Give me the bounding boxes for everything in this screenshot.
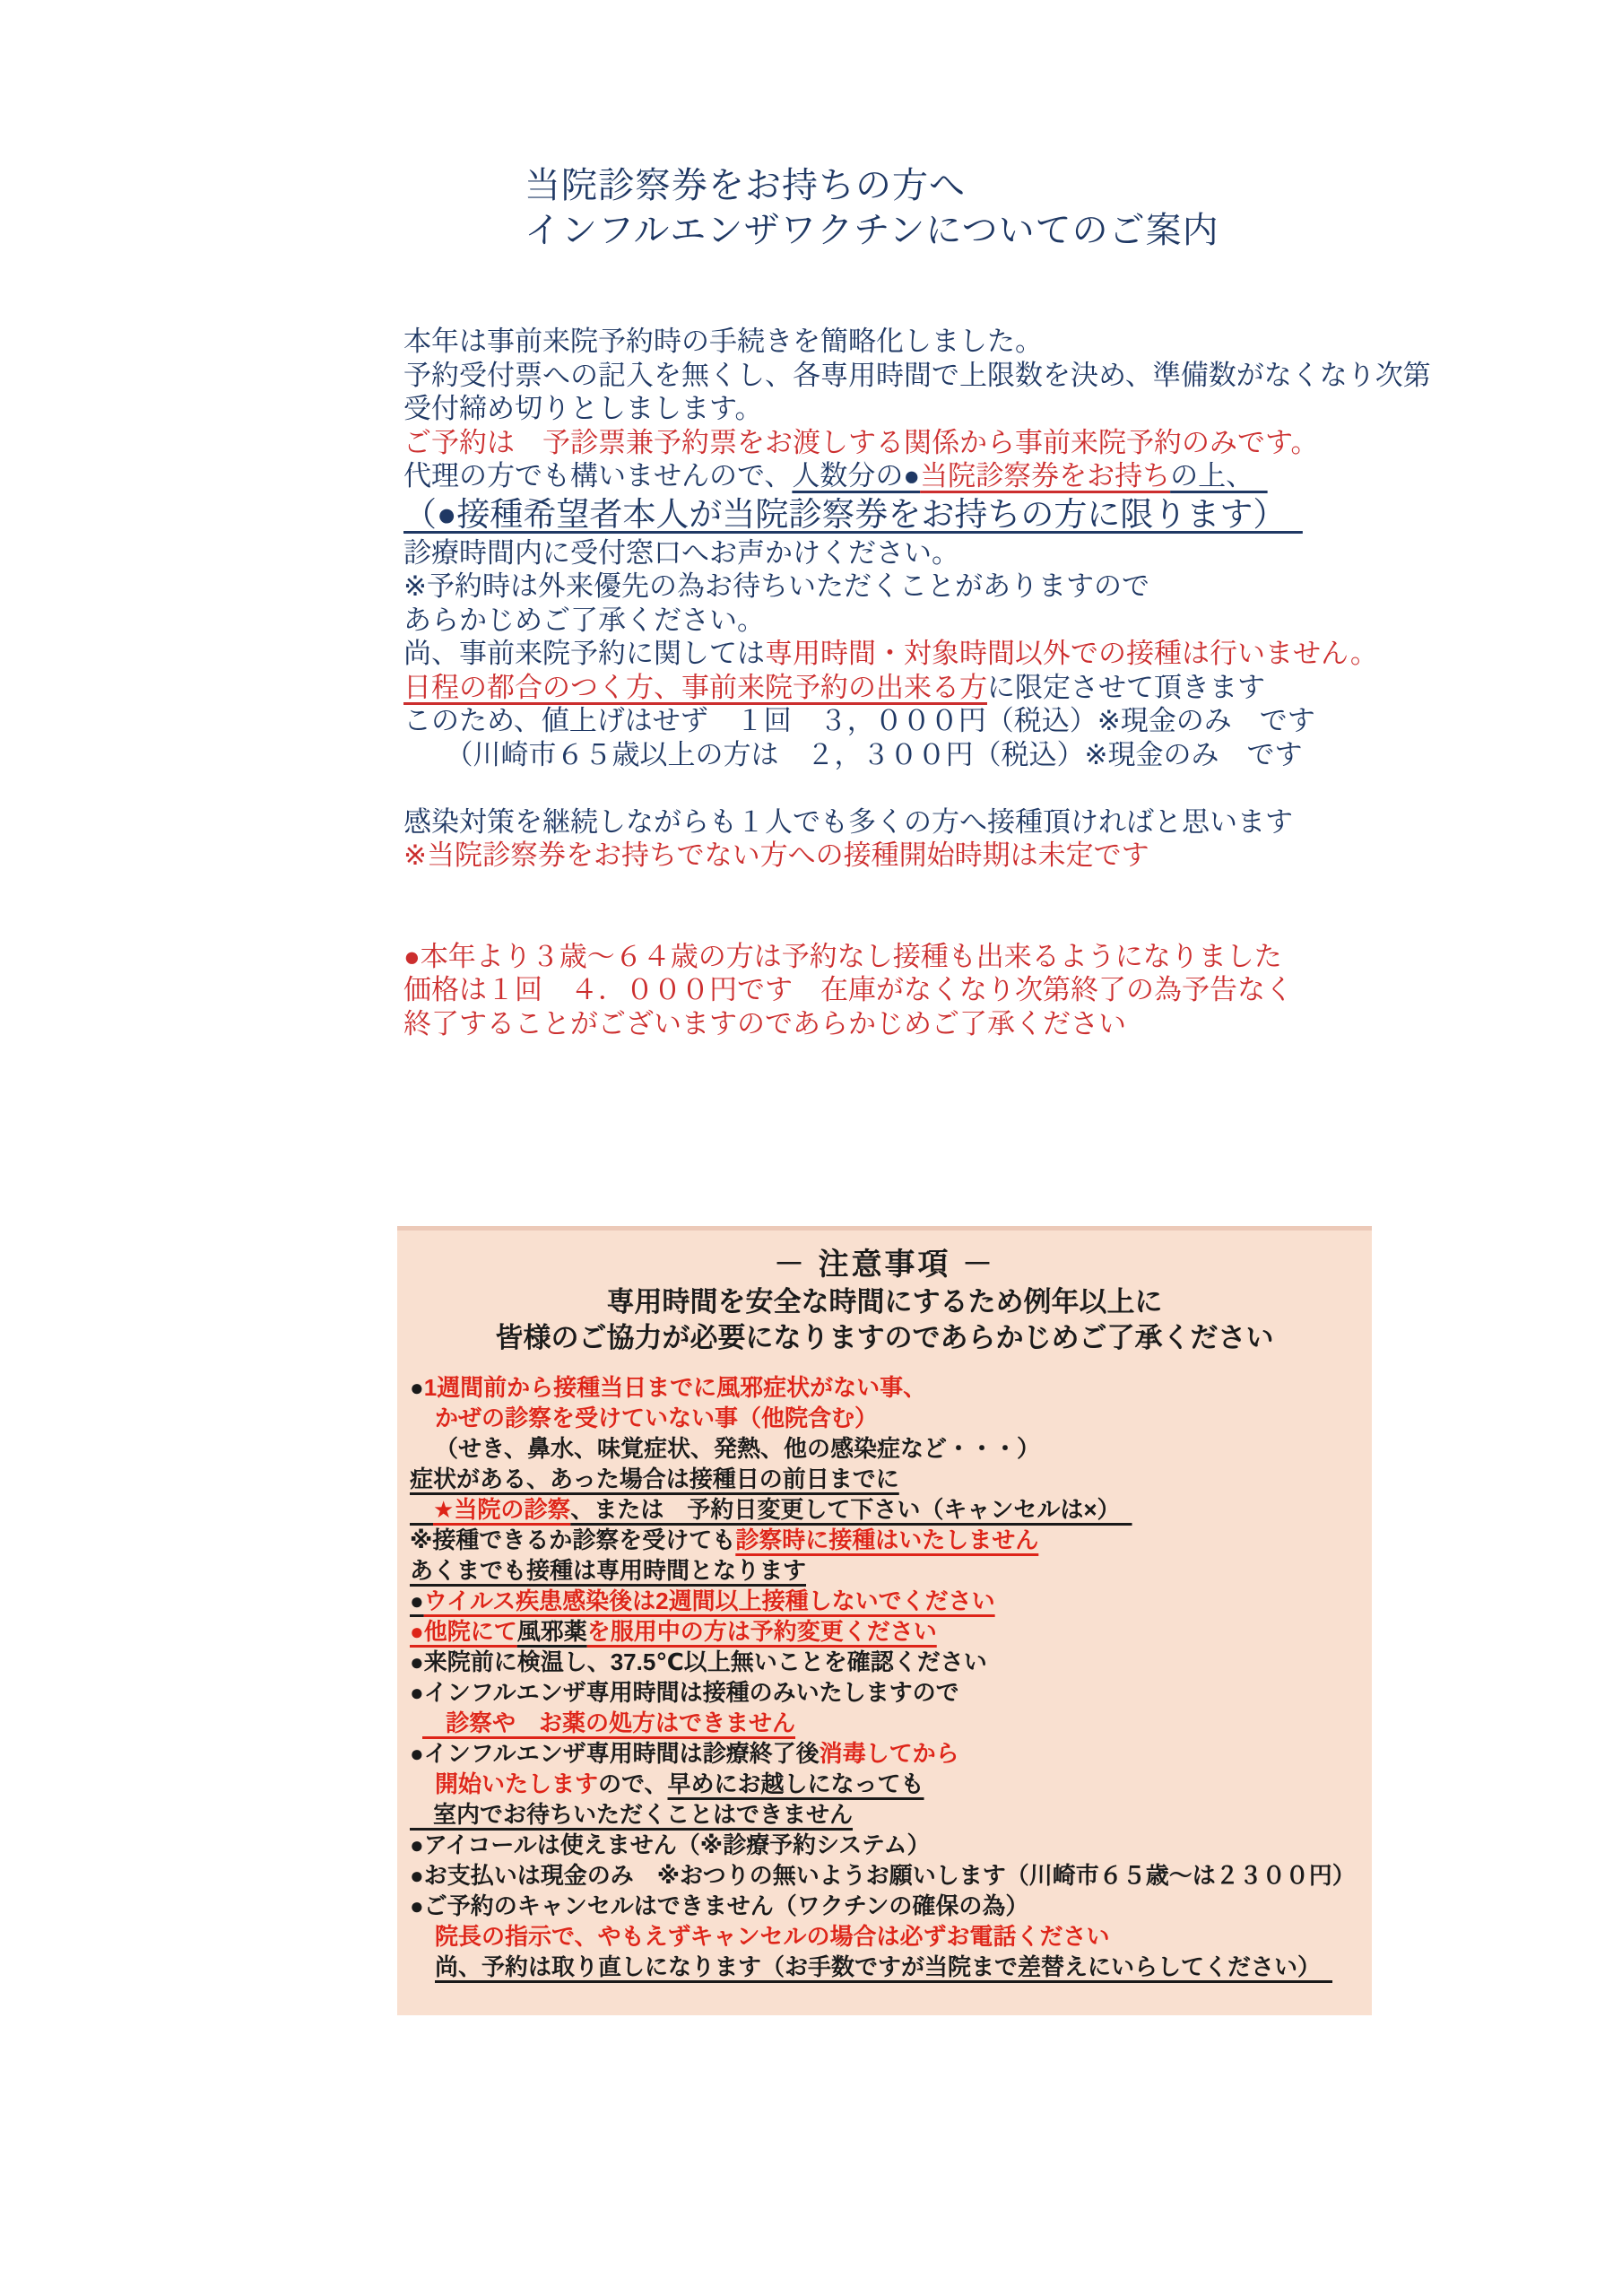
- text-segment: 早めにお越しになっても: [668, 1770, 924, 1797]
- text-line: （せき、鼻水、味覚症状、発熱、他の感染症など・・・）: [410, 1433, 1359, 1464]
- notice-box: － 注意事項 － 専用時間を安全な時間にするため例年以上に 皆様のご協力が必要に…: [397, 1226, 1372, 2015]
- text-line: 診療時間内に受付窓口へお声かけください。: [403, 536, 1533, 570]
- text-segment: の上、: [1170, 460, 1268, 491]
- text-segment: 、または 予約日変更して下さい（キャンセルは×）: [570, 1496, 1132, 1523]
- text-segment: 感染対策を継続しながらも１人でも多くの方へ接種頂ければと思います: [403, 806, 1293, 838]
- text-line: あくまでも接種は専用時間となります: [410, 1555, 1359, 1586]
- text-segment: ●: [410, 1587, 424, 1614]
- text-line: 受付締め切りとしまします。: [403, 392, 1533, 426]
- text-segment: かぜの診察を受けていない事（他院含む）: [435, 1405, 878, 1431]
- text-line: ●本年より３歳～６４歳の方は予約なし接種も出来るようになりました: [403, 940, 1533, 974]
- text-segment: 尚、事前来院予約に関しては: [403, 638, 765, 669]
- text-segment: ※当院診察券をお持ちでない方への接種開始時期は未定です: [403, 839, 1149, 871]
- text-line: 尚、事前来院予約に関しては専用時間・対象時間以外での接種は行いません。: [403, 637, 1533, 671]
- text-segment: を服用中の方は予約変更ください: [587, 1618, 937, 1645]
- page-title: 当院診察券をお持ちの方へ インフルエンザワクチンについてのご案内: [525, 163, 1219, 253]
- text-segment: 受付締め切りとしまします。: [403, 393, 763, 424]
- text-segment: に限定させて頂きます: [987, 672, 1265, 703]
- text-segment: あらかじめご了承ください。: [403, 604, 765, 636]
- text-segment: ●: [410, 1374, 424, 1401]
- text-segment: 診療時間内に受付窓口へお声かけください。: [403, 537, 959, 569]
- notice-subheading-2: 皆様のご協力が必要になりますのであらかじめご了承ください: [410, 1320, 1359, 1356]
- text-line: 本年は事前来院予約時の手続きを簡略化しました。: [403, 325, 1533, 359]
- text-line: [403, 771, 1533, 805]
- text-segment: 室内でお待ちいただくことはできません: [410, 1801, 853, 1828]
- text-line: （川崎市６５歳以上の方は ２，３００円（税込）※現金のみ です: [403, 738, 1533, 772]
- notice-heading: － 注意事項 －: [410, 1245, 1359, 1284]
- document-page: 当院診察券をお持ちの方へ インフルエンザワクチンについてのご案内 本年は事前来院…: [0, 0, 1622, 2296]
- notice-subheading-1: 専用時間を安全な時間にするため例年以上に: [410, 1284, 1359, 1320]
- text-line: 価格は１回 ４．０００円です 在庫がなくなり次第終了の為予告なく: [403, 973, 1533, 1007]
- text-segment: 1週間前から接種当日までに風邪症状がない事、: [424, 1374, 926, 1401]
- text-segment: 診察時に接種はいたしません: [735, 1526, 1038, 1553]
- text-line: ●お支払いは現金のみ ※おつりの無いようお願いします（川崎市６５歳～は２３００円…: [410, 1860, 1359, 1891]
- text-line: ★当院の診察、または 予約日変更して下さい（キャンセルは×）: [410, 1494, 1359, 1525]
- text-line: [403, 873, 1533, 907]
- text-line: このため、値上げはせず １回 ３，０００円（税込）※現金のみ です: [403, 704, 1533, 738]
- text-line: [403, 906, 1533, 940]
- text-segment: 開始いたします: [435, 1770, 598, 1797]
- text-segment: このため、値上げはせず １回 ３，０００円（税込）※現金のみ です: [403, 705, 1315, 736]
- text-line: 室内でお待ちいただくことはできません: [410, 1799, 1359, 1830]
- text-line: ●アイコールは使えません（※診療予約システム）: [410, 1830, 1359, 1860]
- text-segment: 当院診察券をお持ち: [920, 460, 1170, 491]
- text-segment: あくまでも接種は専用時間となります: [410, 1557, 806, 1584]
- text-line: ●1週間前から接種当日までに風邪症状がない事、: [410, 1372, 1359, 1403]
- text-segment: ●他院にて: [410, 1618, 517, 1645]
- text-segment: ●インフルエンザ専用時間は診療終了後: [410, 1740, 820, 1767]
- text-segment: 尚、予約は取り直しになります（お手数ですが当院まで差替えにいらしてください）: [435, 1953, 1332, 1980]
- text-segment: ウイルス疾患感染後は2週間以上接種しないでください: [424, 1587, 995, 1614]
- text-line: ※予約時は外来優先の為お待ちいただくことがありますので: [403, 570, 1533, 604]
- text-segment: 専用時間・対象時間以外での接種は行いません。: [765, 638, 1378, 669]
- text-line: ※当院診察券をお持ちでない方への接種開始時期は未定です: [403, 839, 1533, 873]
- text-segment: 代理の方でも構いませんので、: [403, 460, 792, 491]
- text-segment: ●来院前に検温し、37.5℃以上無いことを確認ください: [410, 1648, 987, 1675]
- text-line: 日程の都合のつく方、事前来院予約の出来る方に限定させて頂きます: [403, 671, 1533, 705]
- text-line: ※接種できるか診察を受けても診察時に接種はいたしません: [410, 1525, 1359, 1555]
- text-line: ●インフルエンザ専用時間は接種のみいたしますので: [410, 1677, 1359, 1708]
- text-line: （●接種希望者本人が当院診察券をお持ちの方に限ります）: [403, 493, 1533, 536]
- text-segment: （川崎市６５歳以上の方は ２，３００円（税込）※現金のみ です: [403, 739, 1302, 770]
- text-segment: 風邪薬: [517, 1618, 587, 1645]
- text-segment: ので、: [598, 1770, 667, 1797]
- text-segment: 人数分の●: [792, 460, 920, 491]
- text-line: 代理の方でも構いませんので、人数分の●当院診察券をお持ちの上、: [403, 459, 1533, 493]
- text-segment: ※予約時は外来優先の為お待ちいただくことがありますので: [403, 570, 1149, 602]
- text-line: ●ご予約のキャンセルはできません（ワクチンの確保の為）: [410, 1891, 1359, 1921]
- text-line: 感染対策を継続しながらも１人でも多くの方へ接種頂ければと思います: [403, 805, 1533, 839]
- text-line: 開始いたしますので、早めにお越しになっても: [410, 1769, 1359, 1799]
- text-segment: 価格は１回 ４．０００円です 在庫がなくなり次第終了の為予告なく: [403, 974, 1293, 1005]
- notice-items: ●1週間前から接種当日までに風邪症状がない事、かぜの診察を受けていない事（他院含…: [410, 1372, 1359, 1982]
- text-segment: （せき、鼻水、味覚症状、発熱、他の感染症など・・・）: [435, 1435, 1040, 1462]
- text-line: ●他院にて風邪薬を服用中の方は予約変更ください: [410, 1616, 1359, 1647]
- text-segment: 症状がある、あった場合は接種日の前日までに: [410, 1465, 899, 1492]
- text-segment: （●接種希望者本人が当院診察券をお持ちの方に限ります）: [403, 496, 1303, 533]
- text-segment: 消毒してから: [820, 1740, 959, 1767]
- text-segment: 終了することがございますのであらかじめご了承ください: [403, 1008, 1126, 1039]
- title-line-2: インフルエンザワクチンについてのご案内: [525, 208, 1219, 253]
- text-segment: 日程の都合のつく方、事前来院予約の出来る方: [403, 672, 987, 703]
- text-line: 終了することがございますのであらかじめご了承ください: [403, 1007, 1533, 1041]
- text-segment: 院長の指示で、やもえずキャンセルの場合は必ずお電話ください: [435, 1923, 1109, 1950]
- text-line: ●インフルエンザ専用時間は診療終了後消毒してから: [410, 1738, 1359, 1769]
- text-line: 予約受付票への記入を無くし、各専用時間で上限数を決め、準備数がなくなり次第: [403, 359, 1533, 393]
- text-line: あらかじめご了承ください。: [403, 604, 1533, 638]
- title-line-1: 当院診察券をお持ちの方へ: [525, 163, 1219, 208]
- text-segment: ご予約は 予診票兼予約票をお渡しする関係から事前来院予約のみです。: [403, 427, 1319, 458]
- text-segment: ●インフルエンザ専用時間は接種のみいたしますので: [410, 1679, 959, 1706]
- text-segment: 本年は事前来院予約時の手続きを簡略化しました。: [403, 326, 1043, 357]
- text-line: ●来院前に検温し、37.5℃以上無いことを確認ください: [410, 1647, 1359, 1677]
- text-segment: 予約受付票への記入を無くし、各専用時間で上限数を決め、準備数がなくなり次第: [403, 360, 1431, 391]
- intro-text: 本年は事前来院予約時の手続きを簡略化しました。予約受付票への記入を無くし、各専用…: [403, 325, 1533, 1040]
- text-line: ご予約は 予診票兼予約票をお渡しする関係から事前来院予約のみです。: [403, 426, 1533, 460]
- text-line: 尚、予約は取り直しになります（お手数ですが当院まで差替えにいらしてください）: [410, 1952, 1359, 1982]
- text-segment: ★当院の診察: [433, 1496, 570, 1523]
- text-line: かぜの診察を受けていない事（他院含む）: [410, 1403, 1359, 1433]
- text-segment: [410, 1496, 433, 1523]
- text-line: 診察や お薬の処方はできません: [410, 1708, 1359, 1738]
- text-segment: ※接種できるか診察を受けても: [410, 1526, 735, 1553]
- text-segment: 診察や お薬の処方はできません: [422, 1709, 795, 1736]
- text-line: ●ウイルス疾患感染後は2週間以上接種しないでください: [410, 1586, 1359, 1616]
- text-segment: ●お支払いは現金のみ ※おつりの無いようお願いします（川崎市６５歳～は２３００円…: [410, 1862, 1356, 1889]
- text-segment: ●本年より３歳～６４歳の方は予約なし接種も出来るようになりました: [403, 941, 1282, 972]
- text-line: 症状がある、あった場合は接種日の前日までに: [410, 1464, 1359, 1494]
- text-line: 院長の指示で、やもえずキャンセルの場合は必ずお電話ください: [410, 1921, 1359, 1952]
- text-segment: ●アイコールは使えません（※診療予約システム）: [410, 1831, 930, 1858]
- text-segment: ●ご予約のキャンセルはできません（ワクチンの確保の為）: [410, 1892, 1028, 1919]
